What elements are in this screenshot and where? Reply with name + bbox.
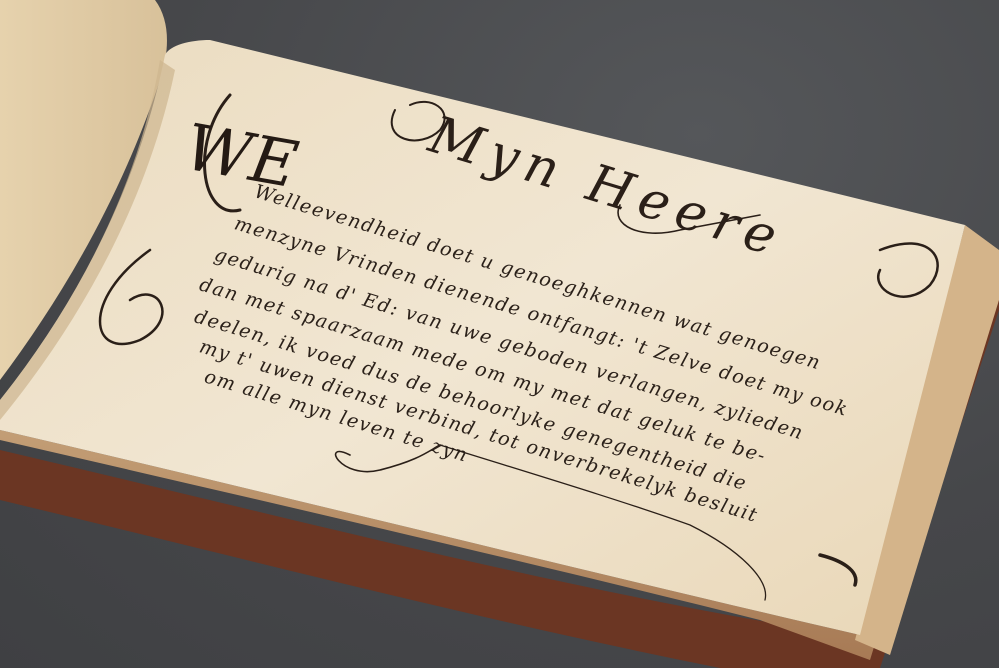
- open-book: [0, 0, 999, 668]
- photo-scene: WE Myn Heere Welleevendheid doet u genoe…: [0, 0, 999, 668]
